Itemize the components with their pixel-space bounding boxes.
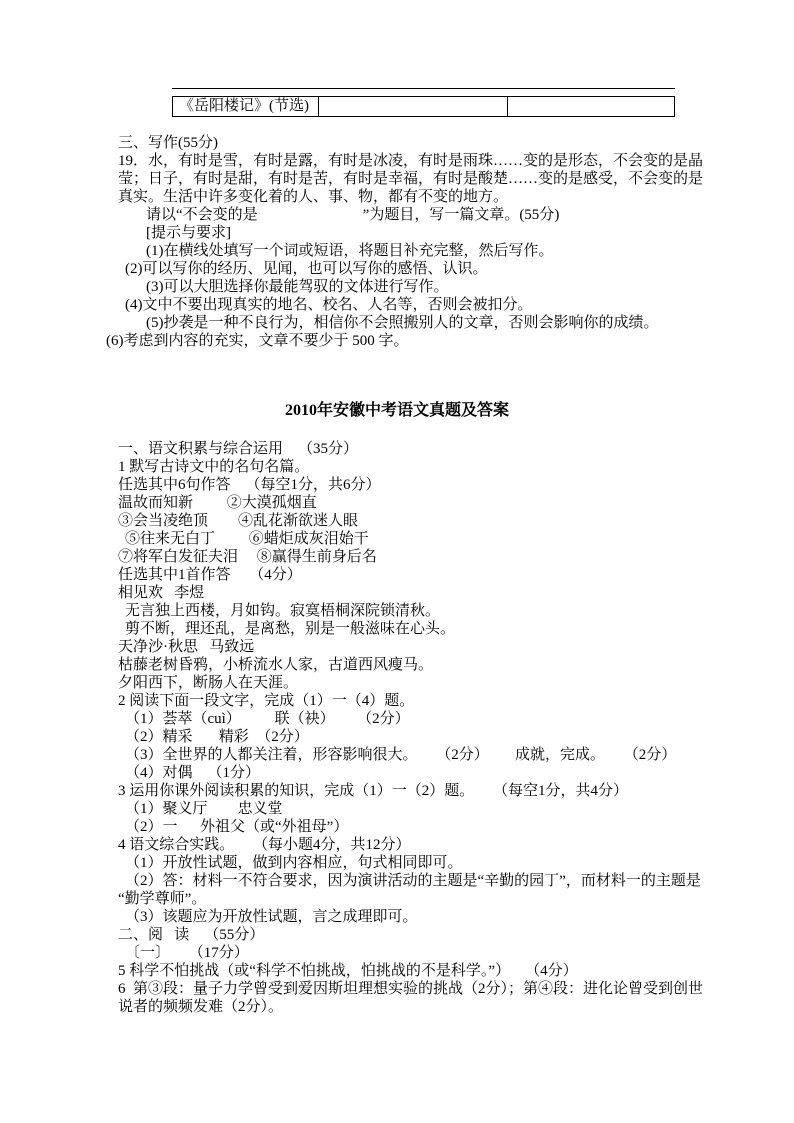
- table-cell-empty: [507, 96, 675, 117]
- text-line: 2 阅读下面一段文字，完成（1）一（4）题。: [118, 692, 703, 710]
- table-row: 《岳阳楼记》(节选): [172, 96, 675, 117]
- text-line: 4 语文综合实践。 （每小题4分，共12分）: [118, 836, 703, 854]
- text-line: 1 默写古诗文中的名句名篇。: [118, 458, 703, 476]
- text-line: 剪不断，理还乱，是离愁，别是一般滋味在心头。: [125, 620, 703, 638]
- table-cell-empty: [318, 96, 508, 117]
- text-line: 5 科学不怕挑战（或“科学不怕挑战，怕挑战的不是科学。”） （4分）: [118, 962, 703, 980]
- text-line: 三、写作(55分): [118, 134, 703, 152]
- table-cell-source-title: 《岳阳楼记》(节选): [172, 96, 319, 117]
- text-line: ⑤往来无白丁 ⑥蜡炬成灰泪始干: [125, 530, 703, 548]
- text-line: （1）聚义厅 忠义堂: [125, 800, 703, 818]
- text-line: 相见欢 李煜: [118, 584, 703, 602]
- text-line: 3 运用你课外阅读积累的知识，完成（1）一（2）题。 （每空1分，共4分）: [118, 782, 703, 800]
- text-line: (3)可以大胆选择你最能驾驭的文体进行写作。: [146, 278, 703, 296]
- table-top-border: [172, 88, 675, 89]
- text-line: 枯藤老树昏鸦，小桥流水人家，古道西风瘦马。: [118, 656, 703, 674]
- text-line: 6 第③段：量子力学曾受到爱因斯坦理想实验的挑战（2分）；第④段：进化论曾受到创…: [118, 980, 703, 998]
- text-line: （2）精采 精彩 （2分）: [125, 728, 703, 746]
- text-line: （3）全世界的人都关注着，形容影响很大。 （2分） 成就，完成。 （2分）: [125, 746, 703, 764]
- text-line: 任选其中6句作答 （每空1分，共6分）: [118, 476, 703, 494]
- text-line: [提示与要求]: [146, 224, 703, 242]
- text-line: 二、阅 读 （55分）: [118, 926, 703, 944]
- text-line: (2)可以写你的经历、见闻，也可以写你的感悟、认识。: [125, 260, 703, 278]
- text-line: ③会当凌绝顶 ④乱花渐欲迷人眼: [118, 512, 703, 530]
- text-line: 任选其中1首作答 （4分）: [118, 566, 703, 584]
- text-line: （1）开放性试题，做到内容相应，句式相同即可。: [125, 854, 703, 872]
- text-line: (5)抄袭是一种不良行为，相信你不会照搬别人的文章，否则会影响你的成绩。: [146, 314, 703, 332]
- text-line: ⑦将军白发征夫泪 ⑧赢得生前身后名: [118, 548, 703, 566]
- text-line: 莹；日子，有时是甜，有时是苦，有时是幸福，有时是酸楚……变的是感受，不会变的是: [118, 170, 703, 188]
- text-line: （2）答：材料一不符合要求，因为演讲活动的主题是“辛勤的园丁”，而材料一的主题是: [125, 872, 703, 890]
- text-line: (6)考虑到内容的充实，文章不要少于 500 字。: [106, 332, 703, 350]
- page: 《岳阳楼记》(节选) 三、写作(55分)19．水，有时是雪，有时是露，有时是冰凌…: [0, 0, 794, 1123]
- text-line: 19．水，有时是雪，有时是露，有时是冰凌，有时是雨珠……变的是形态，不会变的是晶: [118, 152, 703, 170]
- text-line: （1）荟萃（cuì） 联（袂） （2分）: [125, 710, 703, 728]
- text-line: 请以“不会变的是 ”为题目，写一篇文章。(55分): [146, 206, 703, 224]
- text-line: (4)文中不要出现真实的地名、校名、人名等，否则会被扣分。: [125, 296, 703, 314]
- text-line: （3）该题应为开放性试题，言之成理即可。: [125, 908, 703, 926]
- writing-section: 三、写作(55分)19．水，有时是雪，有时是露，有时是冰凌，有时是雨珠……变的是…: [118, 134, 703, 350]
- text-line: (1)在横线处填写一个词或短语，将题目补充完整，然后写作。: [146, 242, 703, 260]
- text-line: “勤学尊师”。: [118, 890, 703, 908]
- text-line: 温故而知新 ②大漠孤烟直: [118, 494, 703, 512]
- text-line: 天净沙·秋思 马致远: [118, 638, 703, 656]
- text-line: 说者的频频发难（2分）。: [118, 998, 703, 1016]
- text-line: 夕阳西下，断肠人在天涯。: [118, 674, 703, 692]
- text-line: 〔一〕 （17分）: [125, 944, 703, 962]
- text-line: 无言独上西楼，月如钩。寂寞梧桐深院锁清秋。: [125, 602, 703, 620]
- text-line: （2）一 外祖父（或“外祖母”）: [125, 818, 703, 836]
- text-line: （4）对偶 （1分）: [125, 764, 703, 782]
- answer-key-title: 2010年安徽中考语文真题及答案: [0, 401, 794, 420]
- text-line: 真实。生活中许多变化着的人、事、物，都有不变的地方。: [118, 188, 703, 206]
- answer-key-body: 一、语文积累与综合运用 （35分）1 默写古诗文中的名句名篇。任选其中6句作答 …: [118, 440, 703, 1016]
- text-line: 一、语文积累与综合运用 （35分）: [118, 440, 703, 458]
